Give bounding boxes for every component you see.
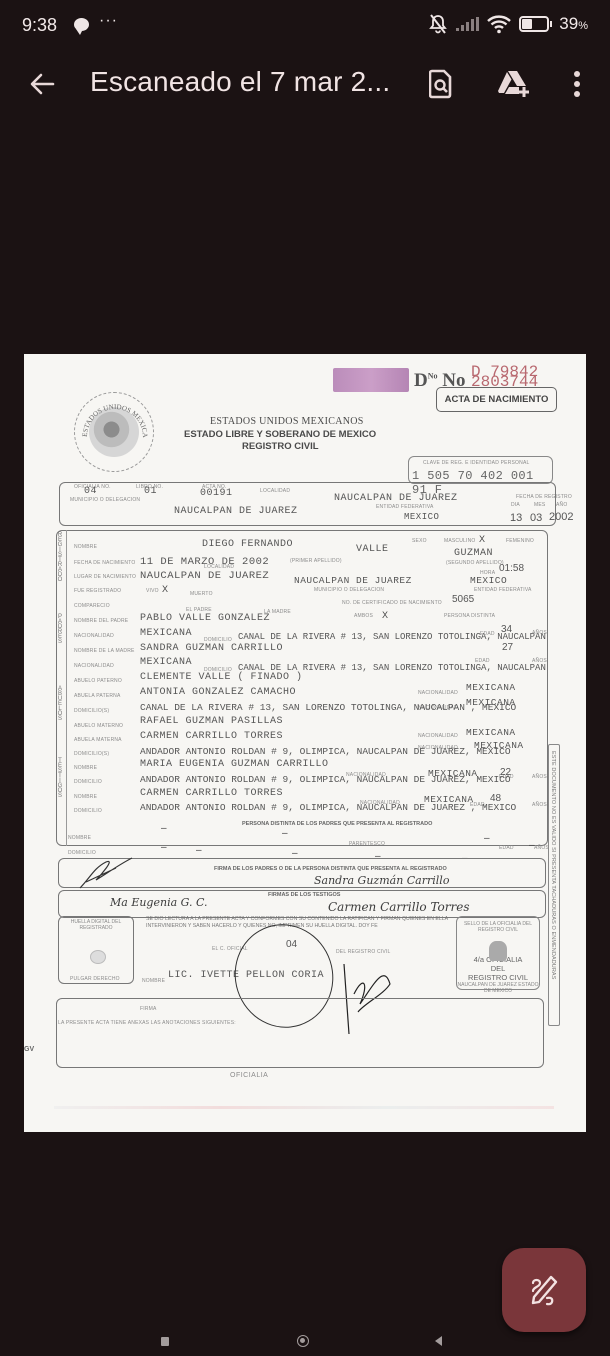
form-label: D — [414, 370, 428, 391]
padre-nombre: PABLO VALLE GONZALEZ — [140, 613, 270, 624]
testigo2-signature: Carmen Carrillo Torres — [328, 900, 470, 914]
form-label: AÑOS — [532, 774, 547, 780]
testigo2-nombre: CARMEN CARRILLO TORRES — [140, 788, 283, 799]
lugar-entidad: MEXICO — [470, 575, 507, 586]
form-label: – — [161, 823, 167, 834]
form-label: NOMBRE DEL PADRE — [74, 618, 128, 624]
form-label: FIRMA DE LOS PADRES O DE LA PERSONA DIST… — [214, 866, 447, 872]
margin-code: GV — [24, 1046, 34, 1053]
lugar-municipio: NAUCALPAN DE JUAREZ — [294, 575, 412, 586]
abuelo-materno: RAFAEL GUZMAN PASILLAS — [140, 716, 283, 727]
hora-nacimiento: 01:58 — [499, 563, 524, 574]
form-label: NOMBRE DE LA MADRE — [74, 648, 135, 654]
status-time: 9:38 — [22, 15, 57, 36]
form-label: DOMICILIO(S) — [74, 751, 109, 757]
form-label: FIRMAS DE LOS TESTIGOS — [268, 892, 340, 898]
form-label: 2803744 — [471, 377, 538, 387]
lugar-localidad: NAUCALPAN DE JUAREZ — [140, 570, 269, 582]
form-label: – — [161, 842, 167, 853]
mexican-coat-of-arms-seal: ESTADOS UNIDOS MEXICANOS — [74, 392, 154, 472]
testigo1-nombre: MARIA EUGENIA GUZMAN CARRILLO — [140, 759, 329, 770]
abuela-paterna: ANTONIA GONZALEZ CAMACHO — [140, 687, 296, 698]
testigo1-domicilio: ANDADOR ANTONIO ROLDAN # 9, OLIMPICA, NA… — [140, 774, 511, 785]
nav-back-button[interactable] — [435, 1336, 442, 1346]
registro-box — [59, 482, 556, 526]
footer-oficialia: OFICIALIA — [230, 1072, 268, 1079]
form-label: NACIONALIDAD — [74, 663, 114, 669]
handwriting-pen-icon — [529, 1274, 559, 1306]
save-to-drive-button[interactable] — [494, 64, 534, 104]
form-label: NACIONALIDAD — [74, 633, 114, 639]
back-button[interactable] — [22, 66, 62, 102]
recents-button[interactable] — [161, 1337, 169, 1346]
form-label: HUELLA DIGITAL DEL REGISTRADO — [68, 919, 124, 931]
home-button[interactable] — [297, 1335, 309, 1347]
form-label: AMBOS — [354, 613, 373, 619]
more-options-button[interactable] — [557, 64, 597, 104]
form-label: SELLO DE LA OFICIALIA DEL REGISTRO CIVIL — [457, 921, 539, 933]
form-label: LUGAR DE NACIMIENTO — [74, 574, 136, 580]
form-label: NACIONALIDAD — [418, 733, 458, 739]
form-label: (SEGUNDO APELLIDO) — [446, 560, 504, 566]
municipio-value: NAUCALPAN DE JUAREZ — [174, 506, 298, 517]
form-label: AÑOS — [532, 802, 547, 808]
localidad-value: NAUCALPAN DE JUAREZ — [334, 493, 458, 504]
form-label: AÑOS — [532, 630, 547, 636]
form-label: DOMICILIO — [74, 779, 102, 785]
registro-mes: 03 — [530, 512, 542, 524]
header-country: ESTADOS UNIDOS MEXICANOS — [210, 416, 364, 427]
svg-text:ESTADOS UNIDOS MEXICANOS: ESTADOS UNIDOS MEXICANOS — [75, 393, 149, 438]
wifi-icon — [487, 14, 511, 34]
sello-oficialia: SELLO DE LA OFICIALIA DEL REGISTRO CIVIL… — [456, 916, 540, 990]
registrado-segundo-apellido: GUZMAN — [454, 548, 493, 559]
form-label: – — [196, 845, 202, 856]
document-type-title: ACTA DE NACIMIENTO — [436, 387, 557, 412]
vivo-mark: X — [162, 584, 168, 594]
form-label: – — [529, 840, 535, 851]
madre-nacionalidad: MEXICANA — [140, 657, 192, 668]
form-label: DOMICILIO — [74, 808, 102, 814]
form-label: PARENTESCO — [349, 841, 385, 847]
section-padres: PADRES — [57, 614, 63, 644]
status-bar: 9:38 ··· 39% — [0, 0, 610, 52]
libro-value: 01 — [144, 486, 157, 497]
form-label: ABUELA PATERNA — [74, 693, 121, 699]
form-label: DOMICILIO(S) — [74, 708, 109, 714]
section-testigos: TESTIGOS — [57, 758, 63, 798]
form-label: ABUELO MATERNO — [74, 723, 123, 729]
header-registry: REGISTRO CIVIL — [242, 441, 319, 452]
form-label: PERSONA DISTINTA — [444, 613, 495, 619]
app-bar: Escaneado el 7 mar 2... — [0, 52, 610, 116]
padre-domicilio: CANAL DE LA RIVERA # 13, SAN LORENZO TOT… — [238, 632, 546, 642]
registro-ano: 2002 — [549, 511, 573, 523]
registrado-primer-apellido: VALLE — [356, 544, 389, 555]
madre-nombre: SANDRA GUZMAN CARRILLO — [140, 643, 283, 654]
pink-stamp — [333, 368, 409, 392]
padres-signature: Sandra Guzmán Carrillo — [314, 874, 449, 887]
drive-add-icon — [497, 69, 531, 99]
form-label: CLAVE DE REG. E IDENTIDAD PERSONAL — [423, 460, 529, 466]
form-label: NOMBRE — [74, 544, 97, 550]
padre-edad: 34 — [501, 624, 512, 635]
form-label: LOCALIDAD — [204, 564, 234, 570]
form-label: ABUELA MATERNA — [74, 737, 122, 743]
battery-percent: 39% — [559, 14, 588, 34]
anotaciones-box — [56, 998, 544, 1068]
arrow-back-icon — [29, 73, 55, 95]
registrado-nombre: DIEGO FERNANDO — [202, 539, 293, 550]
abuelos-maternos-domicilio: ANDADOR ANTONIO ROLDAN # 9, OLIMPICA, NA… — [140, 746, 511, 757]
testigo2-domicilio: ANDADOR ANTONIO ROLDAN # 9, OLIMPICA, NA… — [140, 802, 516, 813]
padre-nacionalidad: MEXICANA — [140, 628, 192, 639]
more-vert-icon — [573, 70, 581, 98]
form-label: NOMBRE — [74, 765, 97, 771]
fingerprint — [90, 950, 106, 964]
oficialia-value: 04 — [84, 486, 97, 497]
form-label: (PRIMER APELLIDO) — [290, 558, 342, 564]
section-registrado: REGISTRADO — [57, 532, 63, 582]
form-label: MUNICIPIO O DELEGACION — [314, 587, 384, 593]
form-label: FECHA DE NACIMIENTO — [74, 560, 136, 566]
form-label: ENTIDAD FEDERATIVA — [474, 587, 532, 593]
persona-distinta-title: PERSONA DISTINTA DE LOS PADRES QUE PRESE… — [242, 821, 432, 827]
abuelo-paterno: CLEMENTE VALLE ( FINADO ) — [140, 672, 303, 683]
abuelo-materno-nacionalidad: MEXICANA — [466, 727, 516, 738]
form-label: VIVO — [146, 588, 159, 594]
header-state: ESTADO LIBRE Y SOBERANO DE MEXICO — [184, 429, 376, 440]
clave-box: CLAVE DE REG. E IDENTIDAD PERSONAL 1 505… — [408, 456, 553, 484]
form-label: NACIONALIDAD — [418, 690, 458, 696]
certificado-value: 5065 — [452, 594, 474, 605]
form-label: SEXO — [412, 538, 427, 544]
scanned-document-page[interactable]: ESTADOS UNIDOS MEXICANOS ESTADOS UNIDOS … — [24, 354, 586, 1132]
mute-icon — [428, 13, 448, 35]
form-label: FUE REGISTRADO — [74, 588, 121, 594]
form-label: ESTE DOCUMENTO NO ES VALIDO SI PRESENTA … — [550, 751, 556, 979]
form-label: No. DE CERTIFICADO DE NACIMIENTO — [342, 600, 442, 606]
abuelos-paternos-domicilio: CANAL DE LA RIVERA # 13, SAN LORENZO TOT… — [140, 702, 516, 713]
madre-edad: 27 — [502, 642, 513, 653]
form-label: NOMBRE — [142, 978, 165, 984]
document-search-button[interactable] — [421, 64, 461, 104]
masculino-mark: X — [479, 534, 485, 544]
form-label: – — [484, 833, 490, 844]
registro-dia: 13 — [510, 512, 522, 524]
form-label: AÑOS — [534, 845, 549, 851]
annotate-fab[interactable] — [502, 1248, 586, 1332]
form-label: ABUELO PATERNO — [74, 678, 122, 684]
document-title: Escaneado el 7 mar 2... — [90, 66, 390, 98]
form-label: NOMBRE — [74, 794, 97, 800]
form-label: FEMENINO — [506, 538, 534, 544]
form-label: ESTADOS UNIDOS MEXICANOS — [75, 393, 149, 438]
form-label: MASCULINO — [444, 538, 476, 544]
abuelo-paterno-nacionalidad: MEXICANA — [466, 682, 516, 693]
more-notifications-icon: ··· — [99, 12, 118, 30]
document-number: D 798422803744 — [471, 367, 538, 387]
form-label: – — [282, 828, 288, 839]
section-abuelos: ABUELOS — [57, 686, 63, 721]
form-label: DEL — [457, 964, 539, 973]
form-label: COMPARECIO — [74, 603, 110, 609]
scribble-signature — [76, 854, 136, 890]
ambos-mark: X — [382, 610, 388, 620]
battery-icon — [519, 16, 549, 32]
document-search-icon — [429, 69, 453, 99]
form-label: PULGAR DERECHO — [70, 976, 120, 982]
validity-side-note: ESTE DOCUMENTO NO ES VALIDO SI PRESENTA … — [548, 744, 560, 1026]
form-label: EDAD — [480, 631, 495, 637]
testigo1-signature: Ma Eugenia G. C. — [110, 896, 208, 909]
form-label: REGISTRO CIVIL — [457, 973, 539, 982]
entidad-value: MEXICO — [404, 512, 439, 522]
signal-icon — [456, 17, 479, 31]
acta-value: 00191 — [200, 488, 233, 499]
chat-bubble-icon — [74, 18, 89, 31]
form-label: MUERTO — [190, 591, 213, 597]
system-nav-bar — [0, 1330, 610, 1356]
abuela-materna: CARMEN CARRILLO TORRES — [140, 731, 283, 742]
form-label: EDAD — [499, 845, 514, 851]
form-label: NAUCALPAN DE JUAREZ ESTADO DE MEXICO — [457, 982, 539, 994]
anotaciones-label: LA PRESENTE ACTA TIENE ANEXAS LAS ANOTAC… — [58, 1020, 236, 1026]
form-label: NOMBRE — [68, 835, 91, 841]
